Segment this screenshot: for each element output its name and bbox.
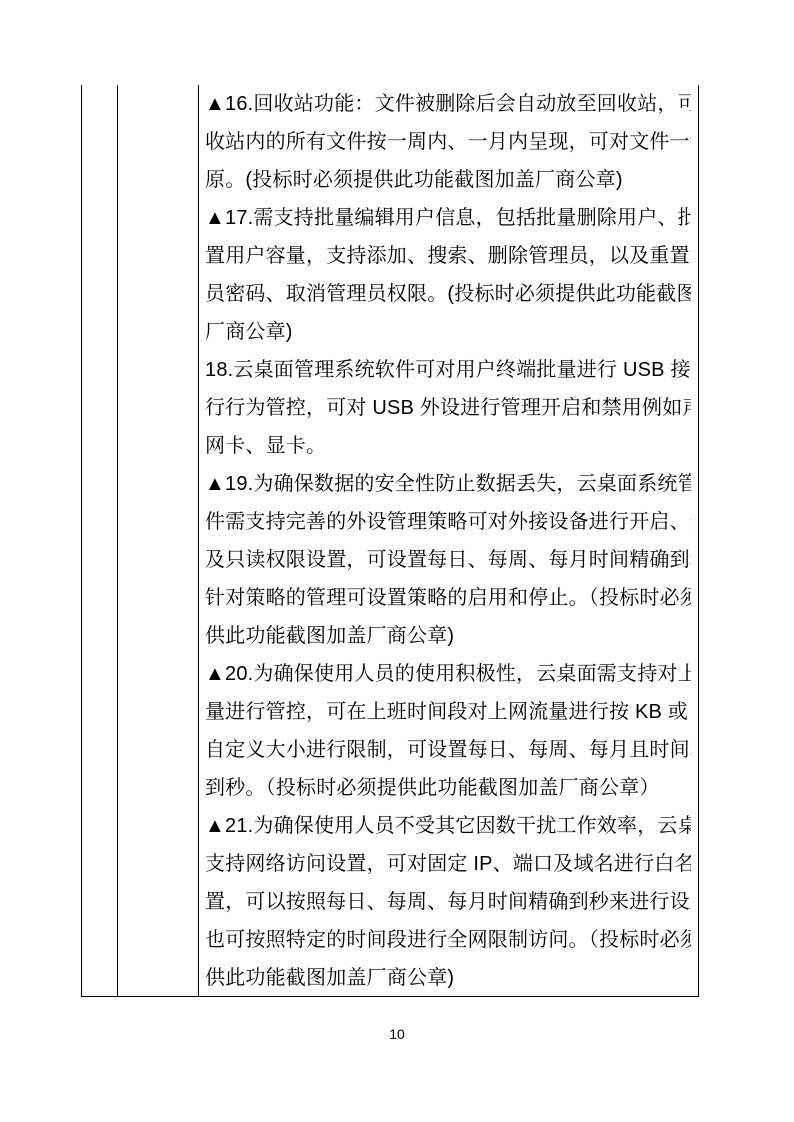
text-line: 网卡、显卡。 [205, 427, 691, 465]
text-line: ▲17.需支持批量编辑用户信息，包括批量删除用户、批量配 [205, 199, 691, 237]
document-page: ▲16.回收站功能：文件被删除后会自动放至回收站，可对回 收站内的所有文件按一周… [0, 0, 794, 1122]
text-line: 供此功能截图加盖厂商公章) [205, 959, 691, 997]
text-line: 支持网络访问设置，可对固定 IP、端口及域名进行白名单设 [205, 845, 691, 883]
text-line: ▲21.为确保使用人员不受其它因数干扰工作效率，云桌面需 [205, 807, 691, 845]
spec-item-16: ▲16.回收站功能：文件被删除后会自动放至回收站，可对回 收站内的所有文件按一周… [205, 85, 691, 199]
text-line: 18.云桌面管理系统软件可对用户终端批量进行 USB 接口进 [205, 351, 691, 389]
text-line: 量进行管控，可在上班时间段对上网流量进行按 KB 或 MB [205, 693, 691, 731]
text-line: ▲19.为确保数据的安全性防止数据丢失，云桌面系统管理软 [205, 465, 691, 503]
spec-table: ▲16.回收站功能：文件被删除后会自动放至回收站，可对回 收站内的所有文件按一周… [81, 85, 699, 997]
text-line: ▲16.回收站功能：文件被删除后会自动放至回收站，可对回 [205, 85, 691, 123]
text-line: 原。(投标时必须提供此功能截图加盖厂商公章) [205, 161, 691, 199]
spec-item-18: 18.云桌面管理系统软件可对用户终端批量进行 USB 接口进 行行为管控，可对 … [205, 351, 691, 465]
text-line: 行行为管控，可对 USB 外设进行管理开启和禁用例如声卡、 [205, 389, 691, 427]
text-line: 针对策略的管理可设置策略的启用和停止。（投标时必须提 [205, 579, 691, 617]
text-line: 置用户容量，支持添加、搜索、删除管理员，以及重置管理 [205, 237, 691, 275]
text-line: 自定义大小进行限制，可设置每日、每周、每月且时间精确 [205, 731, 691, 769]
spec-item-20: ▲20.为确保使用人员的使用积极性，云桌面需支持对上网流 量进行管控，可在上班时… [205, 655, 691, 807]
text-line: 置，可以按照每日、每周、每月时间精确到秒来进行设置。 [205, 883, 691, 921]
text-line: 收站内的所有文件按一周内、一月内呈现，可对文件一键还 [205, 123, 691, 161]
text-line: 员密码、取消管理员权限。(投标时必须提供此功能截图加盖 [205, 275, 691, 313]
text-line: 件需支持完善的外设管理策略可对外接设备进行开启、禁用 [205, 503, 691, 541]
spec-item-19: ▲19.为确保数据的安全性防止数据丢失，云桌面系统管理软 件需支持完善的外设管理… [205, 465, 691, 655]
spec-item-21: ▲21.为确保使用人员不受其它因数干扰工作效率，云桌面需 支持网络访问设置，可对… [205, 807, 691, 997]
page-number: 10 [0, 1026, 794, 1042]
text-line: ▲20.为确保使用人员的使用积极性，云桌面需支持对上网流 [205, 655, 691, 693]
table-cell-empty-left [82, 85, 117, 996]
table-cell-empty-middle [118, 85, 198, 996]
text-line: 到秒。（投标时必须提供此功能截图加盖厂商公章） [205, 769, 691, 807]
text-line: 供此功能截图加盖厂商公章) [205, 617, 691, 655]
text-line: 厂商公章) [205, 313, 691, 351]
text-line: 及只读权限设置，可设置每日、每周、每月时间精确到秒。 [205, 541, 691, 579]
spec-item-17: ▲17.需支持批量编辑用户信息，包括批量删除用户、批量配 置用户容量，支持添加、… [205, 199, 691, 351]
text-line: 也可按照特定的时间段进行全网限制访问。（投标时必须提 [205, 921, 691, 959]
table-cell-specifications: ▲16.回收站功能：文件被删除后会自动放至回收站，可对回 收站内的所有文件按一周… [199, 85, 697, 996]
